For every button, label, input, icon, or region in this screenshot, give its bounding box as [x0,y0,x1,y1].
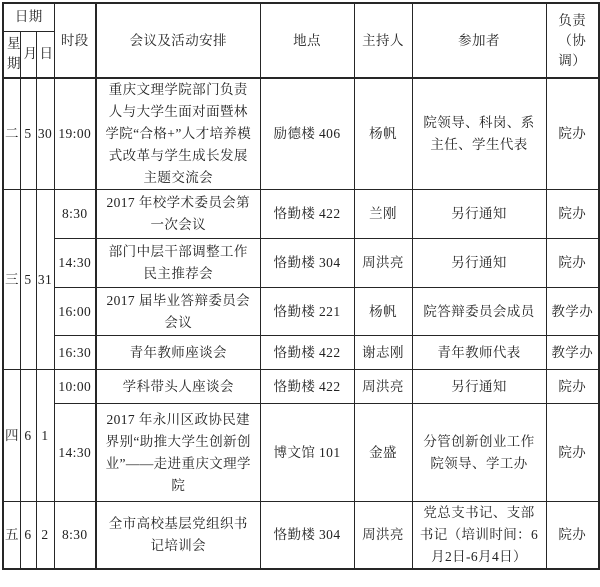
cell-weekday: 二 [3,78,20,190]
cell-responsible: 院办 [546,190,599,239]
cell-host: 周洪亮 [354,370,412,404]
cell-host: 谢志刚 [354,336,412,370]
cell-responsible: 教学办 [546,288,599,336]
table-row: 16:00 2017 届毕业答辩委员会会议 恪勤楼 221 杨帆 院答辩委员会成… [3,288,599,336]
cell-responsible: 院办 [546,404,599,502]
cell-host: 杨帆 [354,288,412,336]
cell-participants: 另行通知 [412,370,546,404]
cell-location: 恪勤楼 422 [260,336,354,370]
cell-meeting: 部门中层干部调整工作民主推荐会 [96,239,260,288]
cell-day: 1 [36,370,54,502]
cell-month: 6 [20,502,36,570]
cell-host: 周洪亮 [354,239,412,288]
cell-time: 16:30 [54,336,96,370]
cell-weekday: 四 [3,370,20,502]
header-weekday: 星期 [3,31,20,78]
header-responsible: 负责（协调） [546,3,599,78]
header-host: 主持人 [354,3,412,78]
cell-weekday: 五 [3,502,20,570]
cell-meeting: 2017 届毕业答辩委员会会议 [96,288,260,336]
cell-month: 5 [20,78,36,190]
header-location: 地点 [260,3,354,78]
cell-participants: 院领导、科岗、系主任、学生代表 [412,78,546,190]
cell-responsible: 院办 [546,239,599,288]
table-row: 二 5 30 19:00 重庆文理学院部门负责人与大学生面对面暨林学院“合格+”… [3,78,599,190]
cell-participants: 另行通知 [412,239,546,288]
cell-time: 8:30 [54,502,96,570]
header-month: 月 [20,31,36,78]
table-row: 四 6 1 10:00 学科带头人座谈会 恪勤楼 422 周洪亮 另行通知 院办 [3,370,599,404]
schedule-table: 日期 时段 会议及活动安排 地点 主持人 参加者 负责（协调） 星期 月 日 二… [2,2,600,570]
cell-location: 恪勤楼 221 [260,288,354,336]
cell-day: 30 [36,78,54,190]
cell-responsible: 院办 [546,370,599,404]
cell-meeting: 全市高校基层党组织书记培训会 [96,502,260,570]
cell-location: 恪勤楼 304 [260,502,354,570]
table-row: 五 6 2 8:30 全市高校基层党组织书记培训会 恪勤楼 304 周洪亮 党总… [3,502,599,570]
cell-responsible: 院办 [546,502,599,570]
header-time: 时段 [54,3,96,78]
cell-weekday: 三 [3,190,20,370]
cell-location: 博文馆 101 [260,404,354,502]
cell-month: 6 [20,370,36,502]
cell-participants: 另行通知 [412,190,546,239]
cell-location: 励德楼 406 [260,78,354,190]
cell-host: 金盛 [354,404,412,502]
cell-day: 31 [36,190,54,370]
cell-host: 周洪亮 [354,502,412,570]
cell-time: 14:30 [54,404,96,502]
header-row-top: 日期 时段 会议及活动安排 地点 主持人 参加者 负责（协调） [3,3,599,31]
cell-host: 杨帆 [354,78,412,190]
cell-participants: 院答辩委员会成员 [412,288,546,336]
cell-participants: 青年教师代表 [412,336,546,370]
cell-time: 16:00 [54,288,96,336]
cell-responsible: 教学办 [546,336,599,370]
cell-time: 8:30 [54,190,96,239]
table-row: 14:30 2017 年永川区政协民建界别“助推大学生创新创业”——走进重庆文理… [3,404,599,502]
cell-month: 5 [20,190,36,370]
cell-meeting: 2017 年永川区政协民建界别“助推大学生创新创业”——走进重庆文理学院 [96,404,260,502]
cell-meeting: 青年教师座谈会 [96,336,260,370]
cell-meeting: 重庆文理学院部门负责人与大学生面对面暨林学院“合格+”人才培养模式改革与学生成长… [96,78,260,190]
cell-time: 19:00 [54,78,96,190]
cell-time: 14:30 [54,239,96,288]
table-row: 三 5 31 8:30 2017 年校学术委员会第一次会议 恪勤楼 422 兰刚… [3,190,599,239]
cell-meeting: 2017 年校学术委员会第一次会议 [96,190,260,239]
cell-day: 2 [36,502,54,570]
cell-location: 恪勤楼 304 [260,239,354,288]
cell-participants: 分管创新创业工作院领导、学工办 [412,404,546,502]
cell-host: 兰刚 [354,190,412,239]
cell-participants: 党总支书记、支部书记（培训时间：6月2日-6月4日） [412,502,546,570]
header-meeting: 会议及活动安排 [96,3,260,78]
cell-meeting: 学科带头人座谈会 [96,370,260,404]
header-date: 日期 [3,3,54,31]
header-participants: 参加者 [412,3,546,78]
table-row: 14:30 部门中层干部调整工作民主推荐会 恪勤楼 304 周洪亮 另行通知 院… [3,239,599,288]
cell-location: 恪勤楼 422 [260,370,354,404]
cell-location: 恪勤楼 422 [260,190,354,239]
cell-responsible: 院办 [546,78,599,190]
header-day: 日 [36,31,54,78]
cell-time: 10:00 [54,370,96,404]
table-row: 16:30 青年教师座谈会 恪勤楼 422 谢志刚 青年教师代表 教学办 [3,336,599,370]
